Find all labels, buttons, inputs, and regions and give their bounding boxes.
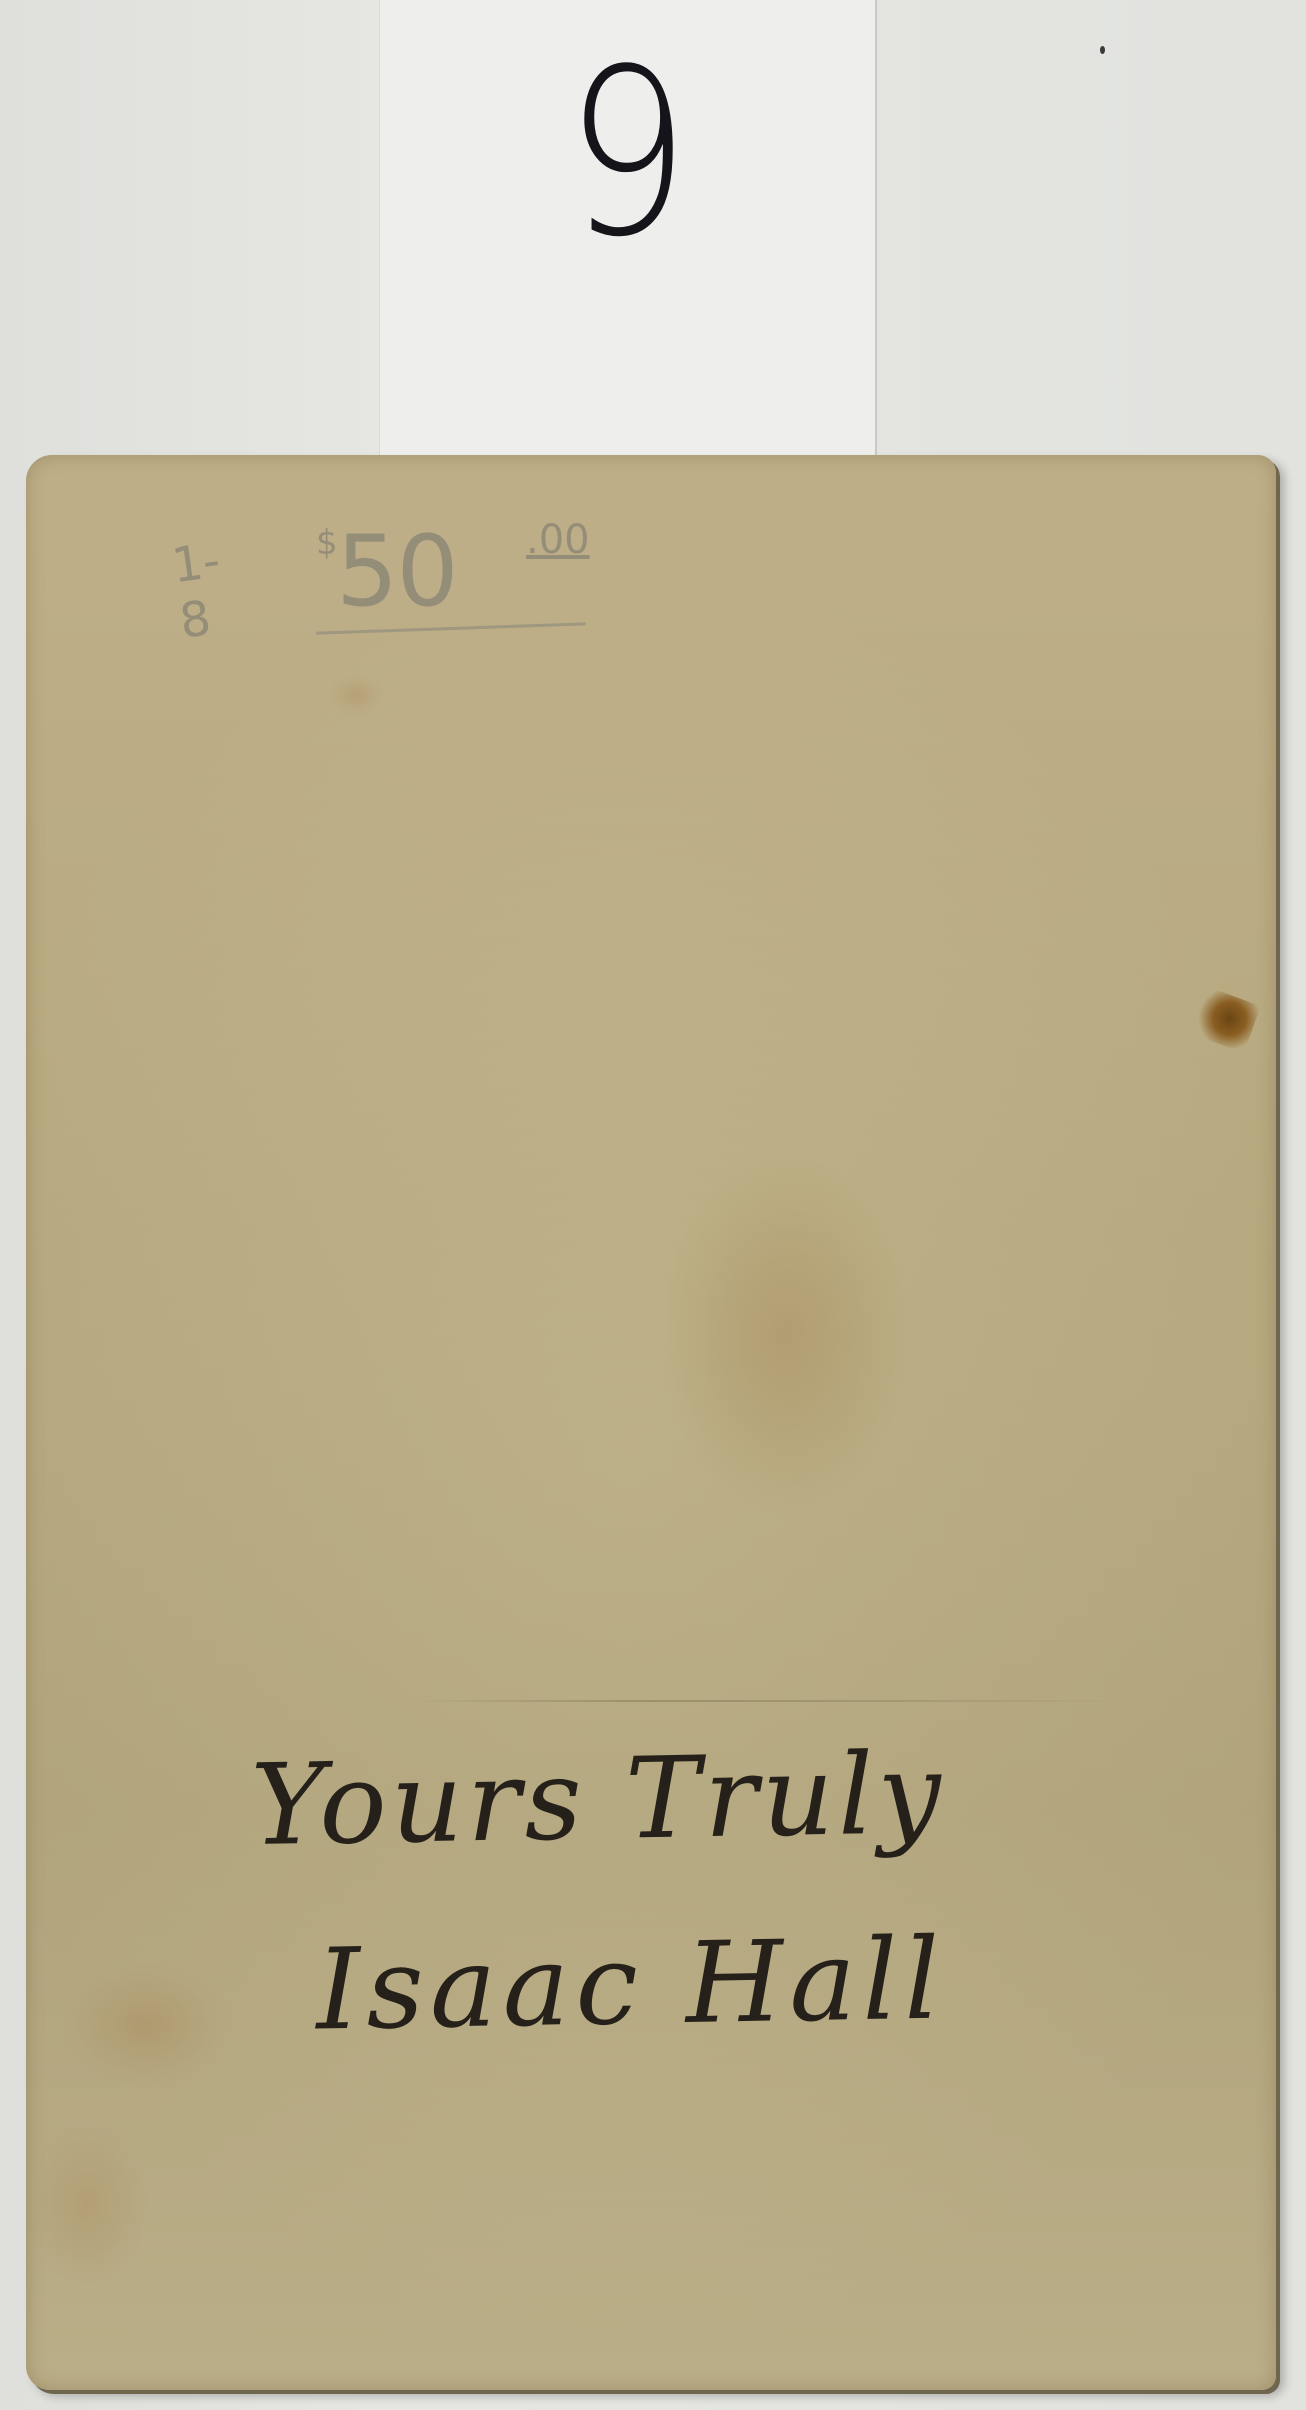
pencil-prefix: 1-8 [168,532,231,650]
stain-mark [1191,987,1261,1053]
inscription-signature: Isaac Hall [315,1915,947,2056]
card-crease [406,1700,1126,1702]
photo-card-back: 1-8 $ 50 .00 Yours Truly Isaac Hall [26,455,1276,2390]
dust-speck [1100,46,1105,54]
pencil-currency: $ [316,523,338,563]
lot-label: 9 [380,0,877,460]
pencil-underline [316,622,586,634]
inscription-closing: Yours Truly [250,1729,946,1871]
lot-number: 9 [417,40,838,270]
pencil-amount: 50 [336,515,457,629]
pencil-cents: .00 [526,517,590,563]
